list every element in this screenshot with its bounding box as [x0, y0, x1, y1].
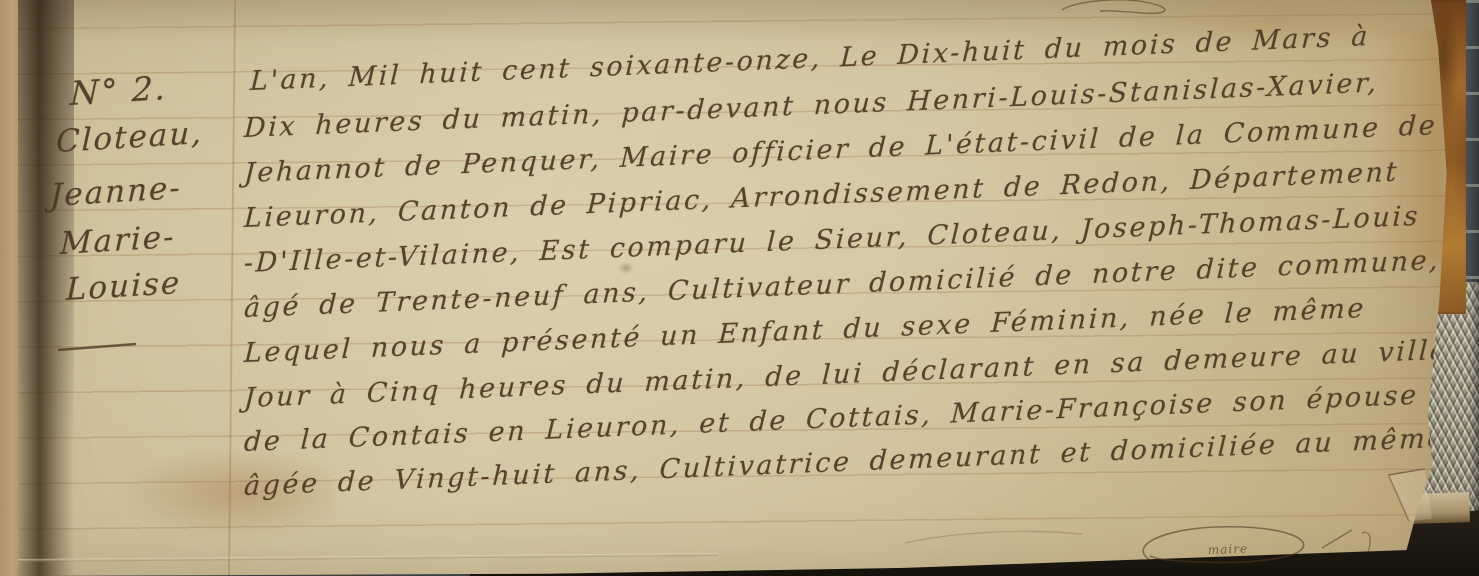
register-photo: N° 2. Cloteau, Jeanne- Marie- Louise L'a…: [0, 0, 1479, 576]
margin-given-name-2: Marie-: [60, 219, 177, 262]
margin-given-name-3: Louise: [66, 265, 182, 308]
record-number: N° 2.: [69, 68, 167, 113]
register-page: N° 2. Cloteau, Jeanne- Marie- Louise L'a…: [18, 0, 1448, 576]
